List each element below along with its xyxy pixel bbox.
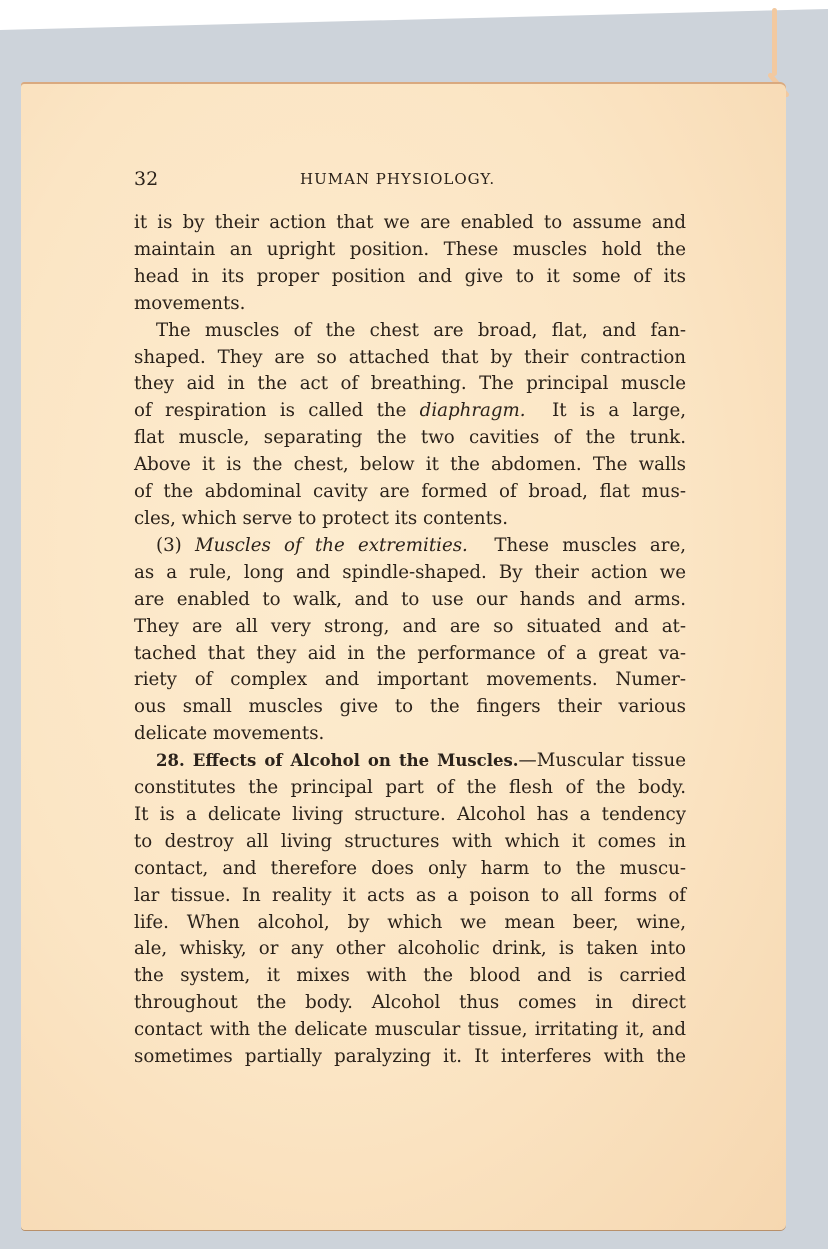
text-line: contact, and therefore does only harm to…	[134, 856, 686, 883]
text-line: flat muscle, separating the two cavities…	[134, 425, 686, 452]
body-text: it is by their action that we are enable…	[134, 210, 686, 1071]
text-line: as a rule, long and spindle-shaped. By t…	[134, 560, 686, 587]
text-line: life. When alcohol, by which we mean bee…	[134, 910, 686, 937]
paragraph-1: it is by their action that we are enable…	[134, 210, 686, 318]
text-line: delicate movements.	[134, 721, 686, 748]
text-fragment: —Muscular tissue	[519, 750, 686, 771]
italic-term-diaphragm: diaphragm.	[420, 400, 526, 421]
list-marker: (3)	[156, 535, 195, 556]
text-line: lar tissue. In reality it acts as a pois…	[134, 883, 686, 910]
text-line: riety of complex and important movements…	[134, 667, 686, 694]
text-line: the system, it mixes with the blood and …	[134, 963, 686, 990]
text-line: head in its proper position and give to …	[134, 264, 686, 291]
binding-thread	[772, 8, 777, 76]
page-number: 32	[134, 168, 158, 190]
text-line: (3) Muscles of the extremities. These mu…	[134, 533, 686, 560]
scan-top-margin	[0, 0, 828, 30]
text-line: It is a delicate living structure. Alcoh…	[134, 802, 686, 829]
text-line: maintain an upright position. These musc…	[134, 237, 686, 264]
text-line: shaped. They are so attached that by the…	[134, 345, 686, 372]
text-line: of respiration is called the diaphragm. …	[134, 398, 686, 425]
running-title: HUMAN PHYSIOLOGY.	[300, 170, 495, 188]
paragraph-2: The muscles of the chest are broad, flat…	[134, 318, 686, 533]
text-line: They are all very strong, and are so sit…	[134, 614, 686, 641]
text-line: tached that they aid in the performance …	[134, 641, 686, 668]
text-line: it is by their action that we are enable…	[134, 210, 686, 237]
text-line: contact with the delicate muscular tissu…	[134, 1017, 686, 1044]
text-line: ous small muscles give to the fingers th…	[134, 694, 686, 721]
text-line: of the abdominal cavity are formed of br…	[134, 479, 686, 506]
text-line: to destroy all living structures with wh…	[134, 829, 686, 856]
text-line: constitutes the principal part of the fl…	[134, 775, 686, 802]
text-fragment: It is a large,	[552, 400, 686, 421]
text-line: they aid in the act of breathing. The pr…	[134, 371, 686, 398]
section-heading: 28. Effects of Alcohol on the Muscles.	[156, 751, 519, 770]
text-fragment: of respiration is called the	[134, 400, 420, 421]
page-header: 32 HUMAN PHYSIOLOGY.	[134, 168, 684, 192]
text-line: cles, which serve to protect its content…	[134, 506, 686, 533]
italic-subheading: Muscles of the extremities.	[195, 535, 468, 556]
text-line: The muscles of the chest are broad, flat…	[134, 318, 686, 345]
text-line: Above it is the chest, below it the abdo…	[134, 452, 686, 479]
paragraph-4: 28. Effects of Alcohol on the Muscles.—M…	[134, 748, 686, 1071]
text-line: throughout the body. Alcohol thus comes …	[134, 990, 686, 1017]
paragraph-3: (3) Muscles of the extremities. These mu…	[134, 533, 686, 748]
text-line: sometimes partially paralyzing it. It in…	[134, 1044, 686, 1071]
text-fragment: These muscles are,	[494, 535, 686, 556]
text-line: 28. Effects of Alcohol on the Muscles.—M…	[134, 748, 686, 775]
text-line: ale, whisky, or any other alcoholic drin…	[134, 936, 686, 963]
text-line: are enabled to walk, and to use our hand…	[134, 587, 686, 614]
text-line: movements.	[134, 291, 686, 318]
